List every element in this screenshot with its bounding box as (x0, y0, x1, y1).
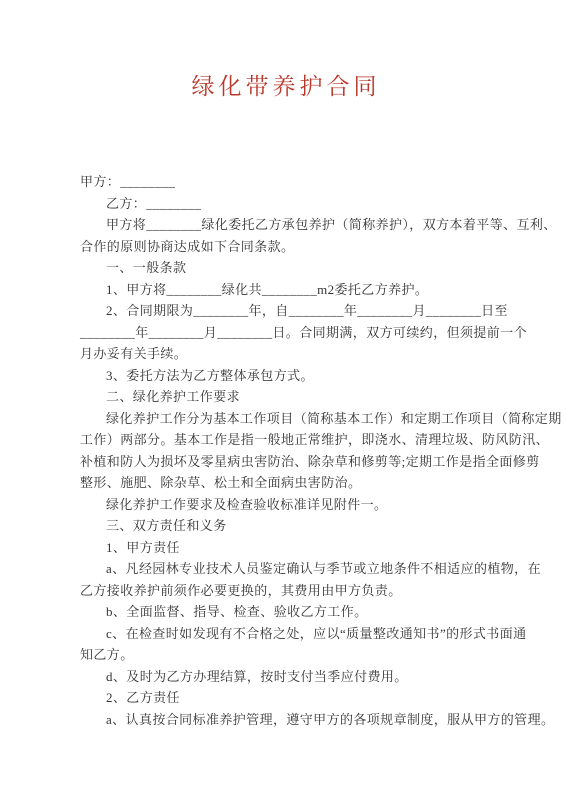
document-body: 甲方：________乙方：________甲方将________绿化委托乙方承… (80, 171, 492, 730)
document-line: 1、甲方将________绿化共________m2委托乙方养护。 (80, 279, 492, 301)
document-line: 知乙方。 (80, 644, 492, 666)
document-line: 2、合同期限为________年，自________年________月____… (80, 300, 492, 322)
document-line: 乙方：________ (80, 193, 492, 215)
document-line: 1、甲方责任 (80, 537, 492, 559)
document-line: 乙方接收养护前须作必要更换的，其费用由甲方负责。 (80, 580, 492, 602)
document-line: 整形、施肥、除杂草、松土和全面病虫害防治。 (80, 472, 492, 494)
document-line: 甲方：________ (80, 171, 492, 193)
document-line: 二、绿化养护工作要求 (80, 386, 492, 408)
document-line: 绿化养护工作要求及检查验收标准详见附件一。 (80, 494, 492, 516)
document-line: 补植和防人为损坏及零星病虫害防治、除杂草和修剪等;定期工作是指全面修剪 (80, 451, 492, 473)
document-line: ________年________月________日。合同期满，双方可续约，但… (80, 322, 492, 344)
document-line: a、凡经园林专业技术人员鉴定确认与季节或立地条件不相适应的植物，在 (80, 558, 492, 580)
document-line: 工作）两部分。基本工作是指一般地正常维护，即浇水、清理垃圾、防风防汛、 (80, 429, 492, 451)
document-line: a、认真按合同标准养护管理，遵守甲方的各项规章制度，服从甲方的管理。 (80, 709, 492, 731)
document-line: 2、乙方责任 (80, 687, 492, 709)
document-line: 月办妥有关手续。 (80, 343, 492, 365)
document-line: 三、双方责任和义务 (80, 515, 492, 537)
document-line: 合作的原则协商达成如下合同条款。 (80, 236, 492, 258)
document-line: d、及时为乙方办理结算，按时支付当季应付费用。 (80, 666, 492, 688)
document-line: 3、委托方法为乙方整体承包方式。 (80, 365, 492, 387)
document-line: c、在检查时如发现有不合格之处，应以“质量整改通知书”的形式书面通 (80, 623, 492, 645)
document-line: 甲方将________绿化委托乙方承包养护（简称养护），双方本着平等、互利、 (80, 214, 492, 236)
document-line: 一、一般条款 (80, 257, 492, 279)
document-line: b、全面监督、指导、检查、验收乙方工作。 (80, 601, 492, 623)
document-title: 绿化带养护合同 (80, 68, 492, 101)
document-line: 绿化养护工作分为基本工作项目（简称基本工作）和定期工作项目（简称定期 (80, 408, 492, 430)
contract-page: 绿化带养护合同 甲方：________乙方：________甲方将_______… (0, 0, 566, 800)
